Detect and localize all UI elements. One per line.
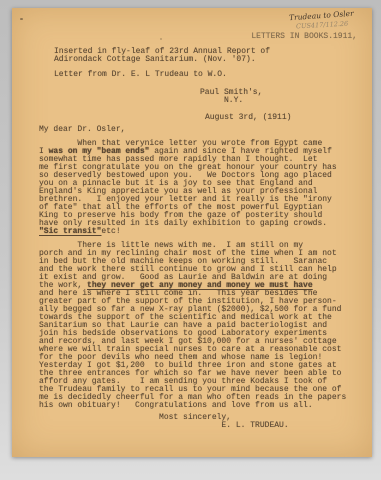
paragraph-text: etc!	[101, 227, 120, 236]
catalog-pencil-note: CUS417/112.26	[296, 20, 349, 31]
dust-speck	[160, 38, 162, 40]
series-label: LETTERS IN BOOKS.1911,	[251, 33, 357, 41]
dust-speck	[20, 18, 23, 20]
letter-description: Letter from Dr. E. L Trudeau to W.O.	[54, 71, 227, 79]
underlined-phrase-sic-transit: "Sic transit"	[39, 227, 101, 236]
paragraph-text: again and since I have righted myself so…	[39, 147, 337, 228]
salutation: My dear Dr. Osler,	[39, 126, 361, 134]
letter-page: Trudeau to Osler CUS417/112.26 LETTERS I…	[12, 8, 372, 457]
letter-body: My dear Dr. Osler, When that verynice le…	[39, 126, 361, 430]
insertion-note: Inserted in fly-leaf of 23rd Annual Repo…	[54, 48, 270, 64]
signature: E. L. TRUDEAU.	[39, 422, 361, 430]
dateline: August 3rd, (1911)	[205, 114, 291, 122]
letter-paragraph-1: When that verynice letter you wrote from…	[39, 140, 361, 236]
paragraph-text: and here is where I still come in. This …	[39, 289, 346, 410]
place-line-2: N.Y.	[224, 97, 243, 105]
letter-paragraph-2: There is little news with me. I am still…	[39, 242, 361, 410]
